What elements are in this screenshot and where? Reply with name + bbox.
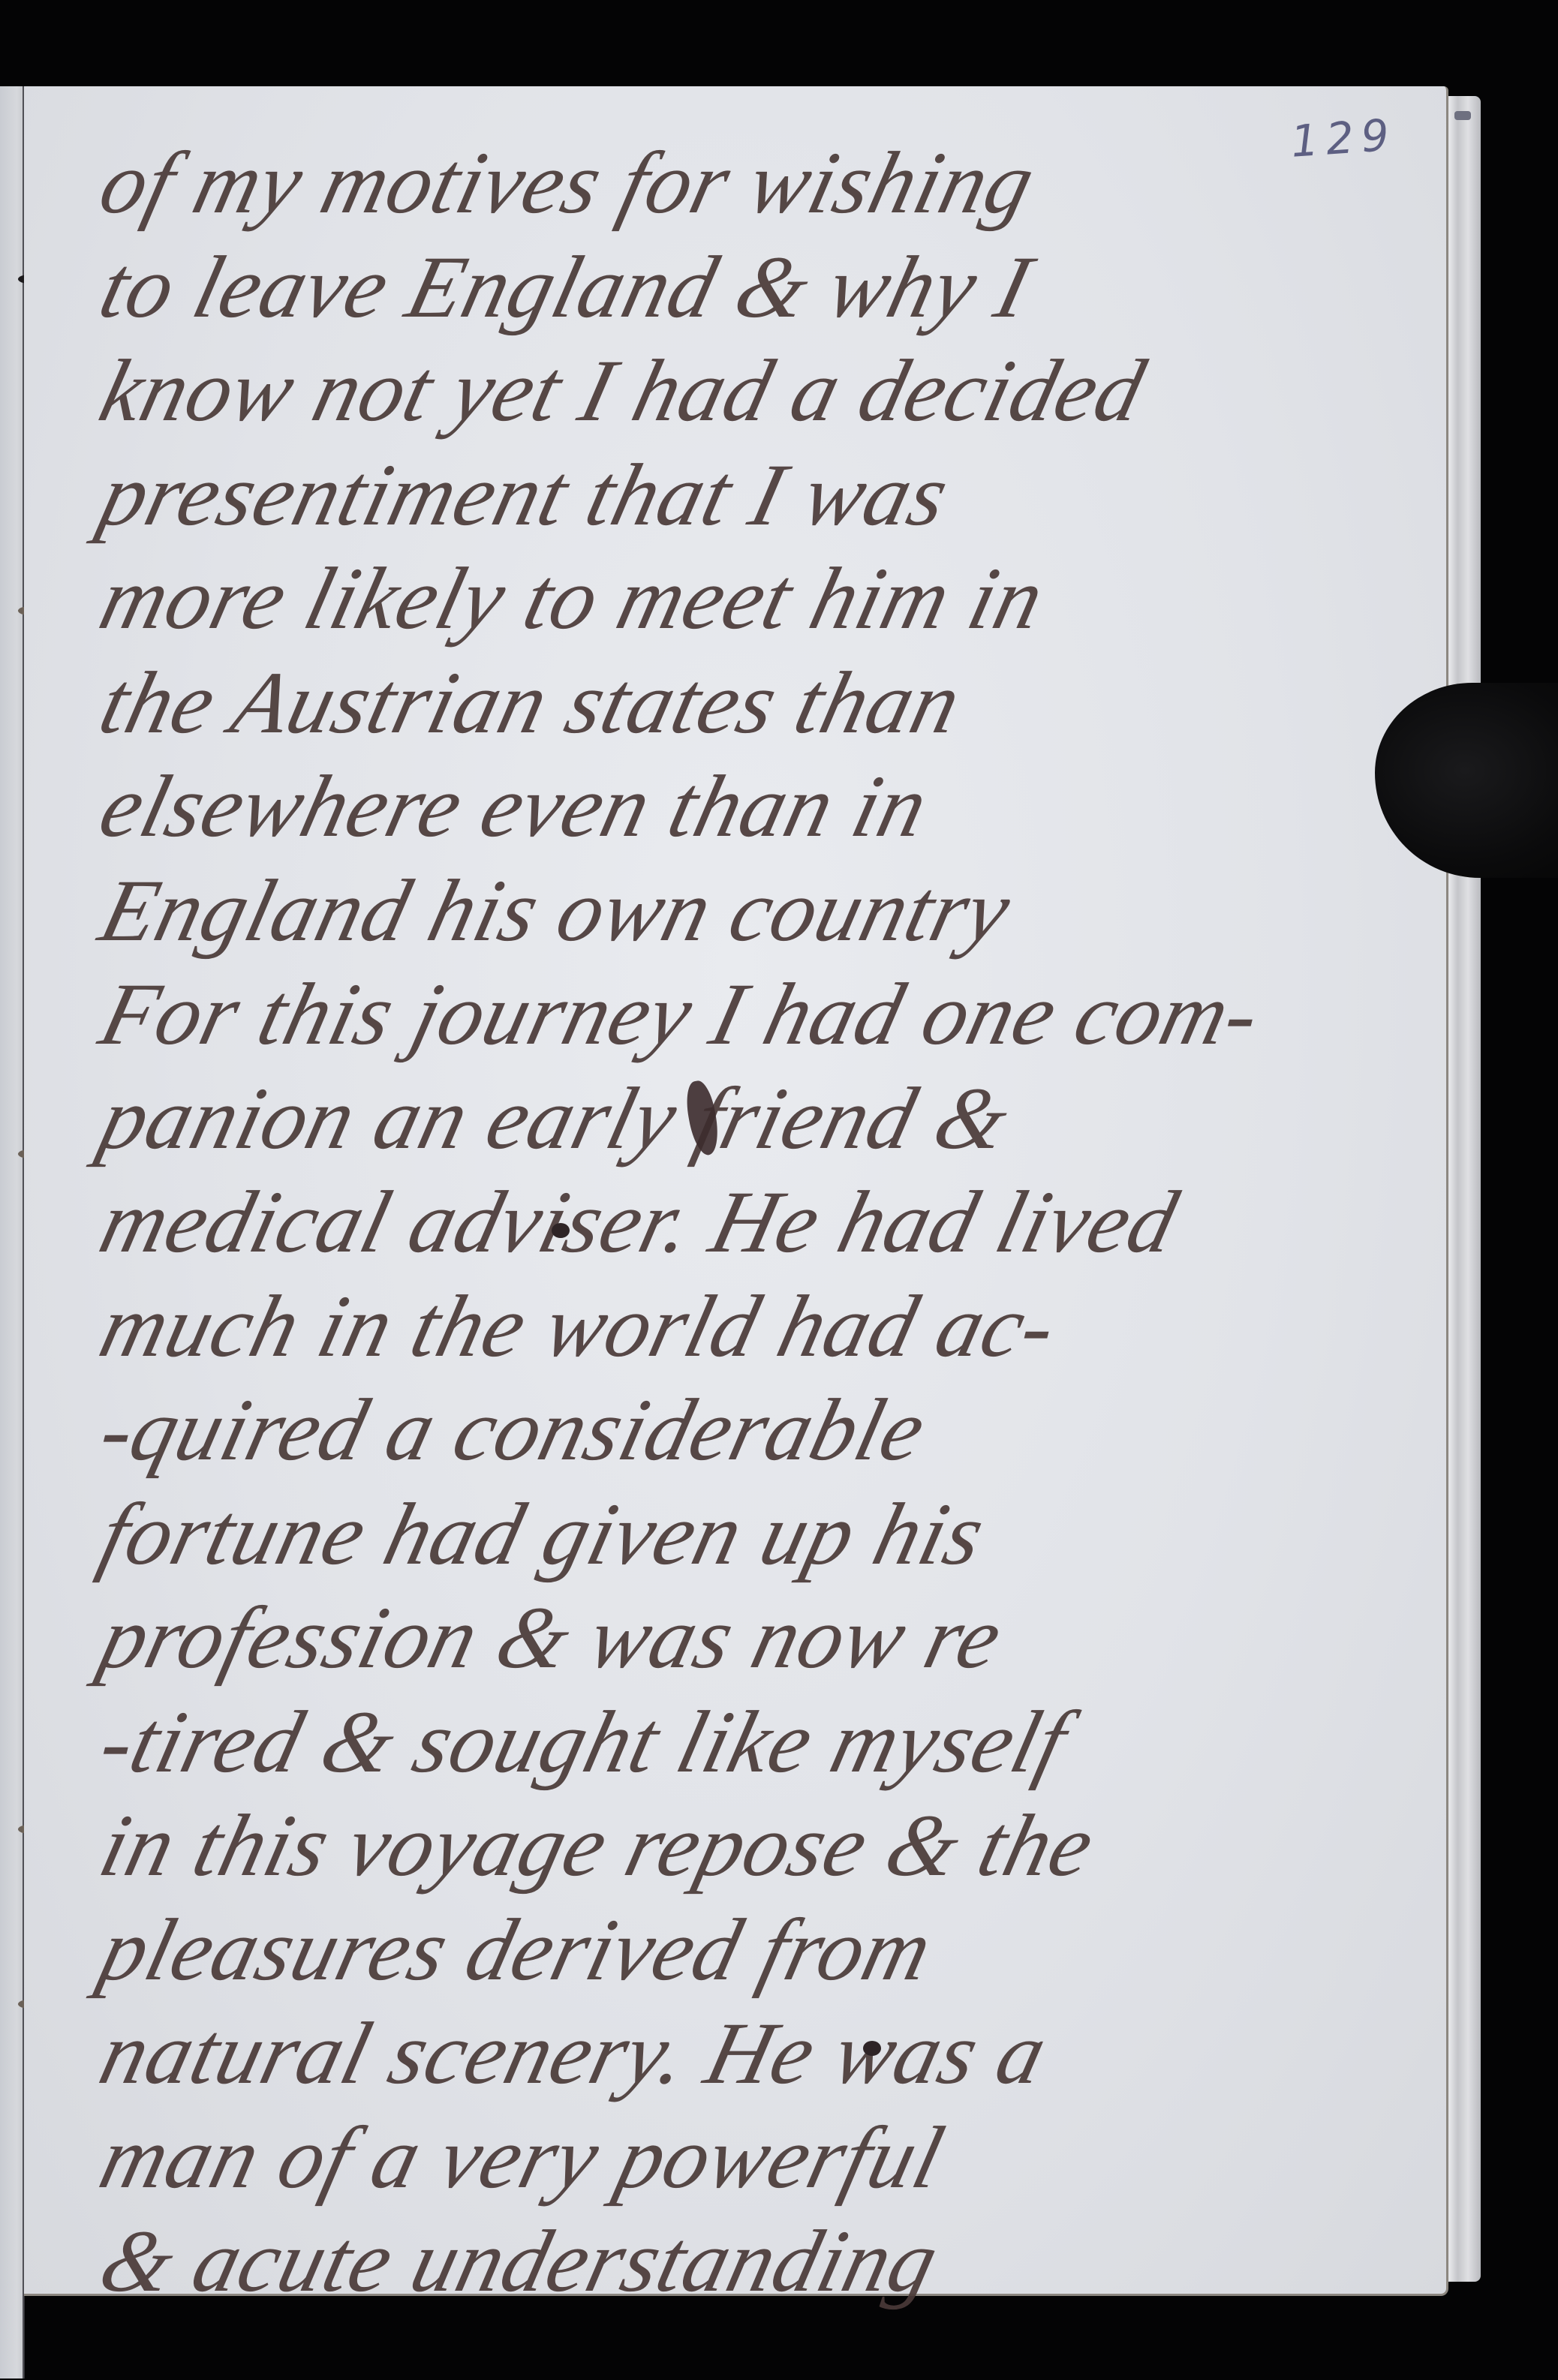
- text-line: of my motives for wishing: [90, 131, 1467, 236]
- text-line: panion an early friend &: [90, 1067, 1467, 1171]
- ink-spot: [552, 1223, 570, 1238]
- text-line: in this voyage repose & the: [90, 1794, 1467, 1898]
- text-line: For this journey I had one com-: [90, 963, 1467, 1067]
- text-line: & acute understanding: [90, 2210, 1467, 2314]
- text-line: medical adviser. He had lived: [90, 1170, 1467, 1275]
- text-line: -quired a considerable: [90, 1378, 1467, 1483]
- text-line: man of a very powerful: [90, 2106, 1467, 2210]
- text-line: presentiment that I was: [90, 443, 1467, 548]
- handwritten-text: of my motives for wishing to leave Engla…: [90, 131, 1441, 2314]
- text-line: elsewhere even than in: [90, 755, 1467, 859]
- page-stack-mark: [1454, 111, 1471, 120]
- text-line: England his own country: [90, 859, 1467, 963]
- text-line: natural scenery. He was a: [90, 2002, 1467, 2106]
- ink-spot: [863, 2041, 881, 2056]
- text-line: profession & was now re: [90, 1586, 1467, 1690]
- text-line: to leave England & why I: [90, 236, 1467, 340]
- text-line: pleasures derived from: [90, 1898, 1467, 2003]
- text-line: much in the world had ac-: [90, 1275, 1467, 1379]
- text-line: -tired & sought like myself: [90, 1690, 1467, 1795]
- text-line: fortune had given up his: [90, 1483, 1467, 1587]
- text-line: the Austrian states than: [90, 651, 1467, 756]
- facing-page-edge: [0, 86, 24, 2378]
- text-line: more likely to meet him in: [90, 547, 1467, 651]
- text-line: know not yet I had a decided: [90, 339, 1467, 443]
